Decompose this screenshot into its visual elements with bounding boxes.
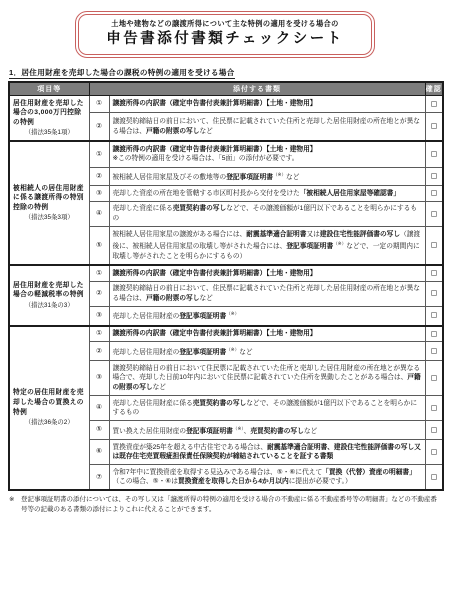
- item-category-label: 特定の居住用財産を売却した場合の買換えの特例（措法36条の2）: [9, 326, 89, 491]
- checkbox: [431, 375, 437, 381]
- document-description: 譲渡所得の内訳書（確定申告書付表兼計算明細書）【土地・建物用】※この特例の適用を…: [109, 141, 425, 167]
- checkbox: [431, 427, 437, 433]
- row-number: ②: [89, 342, 109, 361]
- title-box: 土地や建物などの譲渡所得について主な特例の適用を受ける場合の 申告書添付書類チェ…: [75, 11, 375, 58]
- row-number: ③: [89, 361, 109, 396]
- column-header-item: 項目等: [9, 82, 89, 96]
- checksheet-page: 土地や建物などの譲渡所得について主な特例の適用を受ける場合の 申告書添付書類チェ…: [0, 0, 450, 591]
- check-cell: [425, 306, 443, 325]
- row-number: ⑤: [89, 227, 109, 266]
- document-description: 譲渡所得の内訳書（確定申告書付表兼計算明細書）【土地・建物用】: [109, 265, 425, 281]
- document-description: 被相続人居住用家屋の譲渡がある場合には、耐震基準適合証明書又は建設住宅性能評価書…: [109, 227, 425, 266]
- checkbox: [431, 101, 437, 107]
- document-description: 売却した資産に係る売買契約書の写しなどで、その譲渡価額が1億円以下であることを明…: [109, 201, 425, 226]
- column-header-documents: 添付する書類: [89, 82, 425, 96]
- row-number: ③: [89, 306, 109, 325]
- check-cell: [425, 141, 443, 167]
- row-number: ②: [89, 113, 109, 142]
- row-number: ①: [89, 96, 109, 113]
- check-cell: [425, 361, 443, 396]
- document-description: 売却した居住用財産の登記事項証明書（※）など: [109, 342, 425, 361]
- checkbox: [431, 190, 437, 196]
- document-description: 売却した資産の所在地を管轄する市区町村長から交付を受けた「被相続人居住用家屋等確…: [109, 186, 425, 202]
- check-cell: [425, 113, 443, 142]
- document-description: 譲渡契約締結日の前日において、住民票に記載されていた住所と売却した居住用財産の所…: [109, 281, 425, 306]
- check-cell: [425, 342, 443, 361]
- check-cell: [425, 96, 443, 113]
- table-row: 居住用財産を売却した場合の3,000万円控除の特例（措法35条1項）①譲渡所得の…: [9, 96, 443, 113]
- section-title: 1．居住用財産を売却した場合の課税の特例の適用を受ける場合: [9, 67, 442, 78]
- column-header-check: 確認: [425, 82, 443, 96]
- document-description: 譲渡所得の内訳書（確定申告書付表兼計算明細書）【土地・建物用】: [109, 96, 425, 113]
- footnote-text: 登記事項証明書の添付については、その写し又は「譲渡所得の特例の適用を受ける場合の…: [21, 495, 443, 514]
- table-header-row: 項目等 添付する書類 確認: [9, 82, 443, 96]
- document-description: 売却した居住用財産に係る売買契約書の写しなどで、その譲渡価額が1億円以下であるこ…: [109, 396, 425, 421]
- check-cell: [425, 281, 443, 306]
- page-title: 申告書添付書類チェックシート: [85, 31, 365, 48]
- item-category-label: 被相続人の居住用財産に係る譲渡所得の特別控除の特例（措法35条3項）: [9, 141, 89, 265]
- row-number: ⑦: [89, 465, 109, 491]
- checkbox: [431, 270, 437, 276]
- checkbox: [431, 449, 437, 455]
- check-cell: [425, 167, 443, 186]
- check-cell: [425, 326, 443, 342]
- footnote: ※ 登記事項証明書の添付については、その写し又は「譲渡所得の特例の適用を受ける場…: [9, 495, 443, 514]
- checkbox: [431, 290, 437, 296]
- row-number: ⑥: [89, 440, 109, 465]
- document-description: 譲渡所得の内訳書（確定申告書付表兼計算明細書）【土地・建物用】: [109, 326, 425, 342]
- row-number: ②: [89, 167, 109, 186]
- item-category-label: 居住用財産を売却した場合の軽減税率の特例（措法31条の3）: [9, 265, 89, 326]
- check-cell: [425, 201, 443, 226]
- checkbox: [431, 173, 437, 179]
- row-number: ③: [89, 186, 109, 202]
- table-row: 特定の居住用財産を売却した場合の買換えの特例（措法36条の2）①譲渡所得の内訳書…: [9, 326, 443, 342]
- row-number: ①: [89, 141, 109, 167]
- check-cell: [425, 421, 443, 440]
- check-cell: [425, 396, 443, 421]
- checkbox: [431, 312, 437, 318]
- item-category-label: 居住用財産を売却した場合の3,000万円控除の特例（措法35条1項）: [9, 96, 89, 142]
- checkbox: [431, 242, 437, 248]
- check-cell: [425, 186, 443, 202]
- document-description: 買換資産が築25年を超える中古住宅である場合は、耐震基準適合証明書、建設住宅性能…: [109, 440, 425, 465]
- row-number: ①: [89, 326, 109, 342]
- row-number: ④: [89, 201, 109, 226]
- document-description: 譲渡契約締結日の前日において住民票に記載されていた住所と売却した居住用財産の所在…: [109, 361, 425, 396]
- row-number: ②: [89, 281, 109, 306]
- checklist-body: 居住用財産を売却した場合の3,000万円控除の特例（措法35条1項）①譲渡所得の…: [9, 96, 443, 491]
- checkbox: [431, 151, 437, 157]
- check-cell: [425, 465, 443, 491]
- checkbox: [431, 211, 437, 217]
- checkbox: [431, 474, 437, 480]
- document-description: 令和7年中に買換資産を取得する見込みである場合は、⑤・⑥に代えて「買換（代替）資…: [109, 465, 425, 491]
- check-cell: [425, 227, 443, 266]
- checkbox: [431, 123, 437, 129]
- footnote-mark: ※: [9, 495, 21, 514]
- document-description: 買い換えた居住用財産の登記事項証明書（※）、売買契約書の写しなど: [109, 421, 425, 440]
- row-number: ⑤: [89, 421, 109, 440]
- check-cell: [425, 440, 443, 465]
- document-description: 被相続人居住用家屋及びその敷地等の登記事項証明書（※）など: [109, 167, 425, 186]
- checkbox: [431, 348, 437, 354]
- table-row: 居住用財産を売却した場合の軽減税率の特例（措法31条の3）①譲渡所得の内訳書（確…: [9, 265, 443, 281]
- checkbox: [431, 331, 437, 337]
- check-cell: [425, 265, 443, 281]
- row-number: ④: [89, 396, 109, 421]
- title-note: 土地や建物などの譲渡所得について主な特例の適用を受ける場合の: [85, 19, 365, 29]
- table-row: 被相続人の居住用財産に係る譲渡所得の特別控除の特例（措法35条3項）①譲渡所得の…: [9, 141, 443, 167]
- document-description: 譲渡契約締結日の前日において、住民票に記載されていた住所と売却した居住用財産の所…: [109, 113, 425, 142]
- row-number: ①: [89, 265, 109, 281]
- attachment-checklist-table: 項目等 添付する書類 確認 居住用財産を売却した場合の3,000万円控除の特例（…: [8, 81, 444, 491]
- document-description: 売却した居住用財産の登記事項証明書（※）: [109, 306, 425, 325]
- checkbox: [431, 405, 437, 411]
